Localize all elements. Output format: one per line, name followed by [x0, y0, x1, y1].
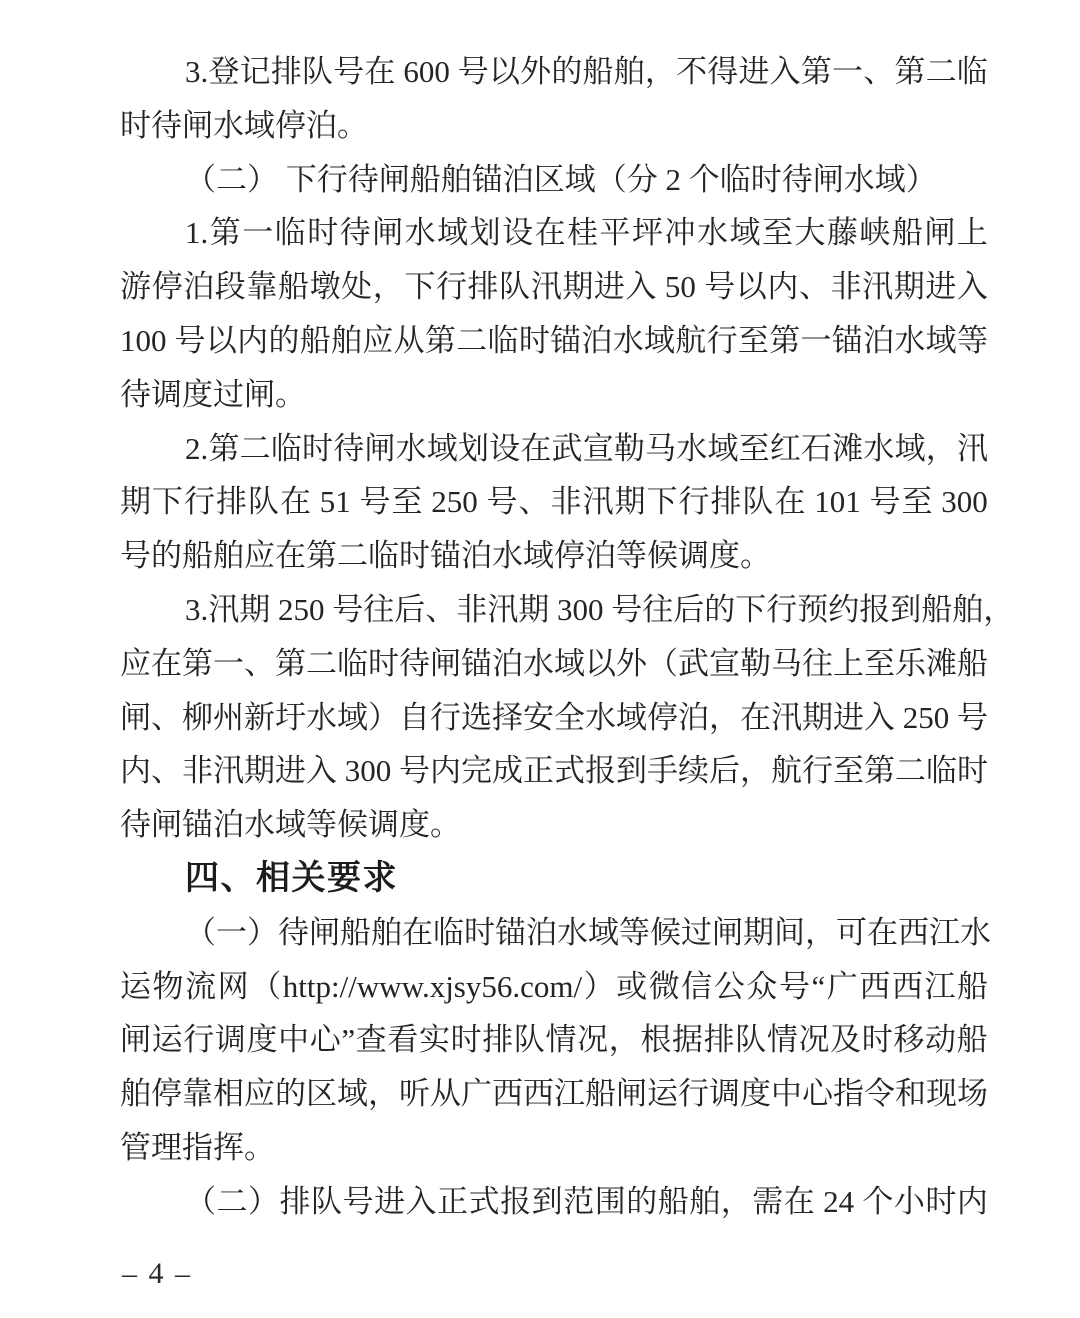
text-line: （二） 下行待闸船舶锚泊区域（分 2 个临时待闸水域） — [120, 153, 988, 207]
text-line: 100 号以内的船舶应从第二临时锚泊水域航行至第一锚泊水域等 — [120, 314, 988, 368]
text-line: 游停泊段靠船墩处，下行排队汛期进入 50 号以内、非汛期进入 — [120, 260, 988, 314]
section-heading: 四、相关要求 — [120, 852, 988, 906]
text-line: 时待闸水域停泊。 — [120, 99, 988, 153]
text-line: 舶停靠相应的区域，听从广西西江船闸运行调度中心指令和现场 — [120, 1067, 988, 1121]
text-line: （二）排队号进入正式报到范围的船舶，需在 24 个小时内 — [120, 1175, 988, 1229]
text-line: 3.汛期 250 号往后、非汛期 300 号往后的下行预约报到船舶， — [120, 583, 988, 637]
text-line: 管理指挥。 — [120, 1121, 988, 1175]
text-line: 待调度过闸。 — [120, 368, 988, 422]
page-number: – 4 – — [122, 1254, 192, 1294]
text-line: 待闸锚泊水域等候调度。 — [120, 798, 988, 852]
text-line: 应在第一、第二临时待闸锚泊水域以外（武宣勒马往上至乐滩船 — [120, 637, 988, 691]
text-line: 期下行排队在 51 号至 250 号、非汛期下行排队在 101 号至 300 — [120, 475, 988, 529]
text-line: 闸运行调度中心”查看实时排队情况，根据排队情况及时移动船 — [120, 1013, 988, 1067]
document-page: 3.登记排队号在 600 号以外的船舶，不得进入第一、第二临时待闸水域停泊。（二… — [0, 0, 1080, 1318]
text-line: （一）待闸船舶在临时锚泊水域等候过闸期间，可在西江水 — [120, 906, 988, 960]
text-line: 3.登记排队号在 600 号以外的船舶，不得进入第一、第二临 — [120, 45, 988, 99]
text-line: 2.第二临时待闸水域划设在武宣勒马水域至红石滩水域，汛 — [120, 422, 988, 476]
text-line: 1.第一临时待闸水域划设在桂平坪冲水域至大藤峡船闸上 — [120, 206, 988, 260]
text-line: 号的船舶应在第二临时锚泊水域停泊等候调度。 — [120, 529, 988, 583]
text-line: 运物流网（http://www.xjsy56.com/）或微信公众号“广西西江船 — [120, 960, 988, 1014]
text-line: 内、非汛期进入 300 号内完成正式报到手续后，航行至第二临时 — [120, 744, 988, 798]
text-line: 闸、柳州新圩水域）自行选择安全水域停泊，在汛期进入 250 号 — [120, 691, 988, 745]
document-body: 3.登记排队号在 600 号以外的船舶，不得进入第一、第二临时待闸水域停泊。（二… — [120, 45, 988, 1229]
